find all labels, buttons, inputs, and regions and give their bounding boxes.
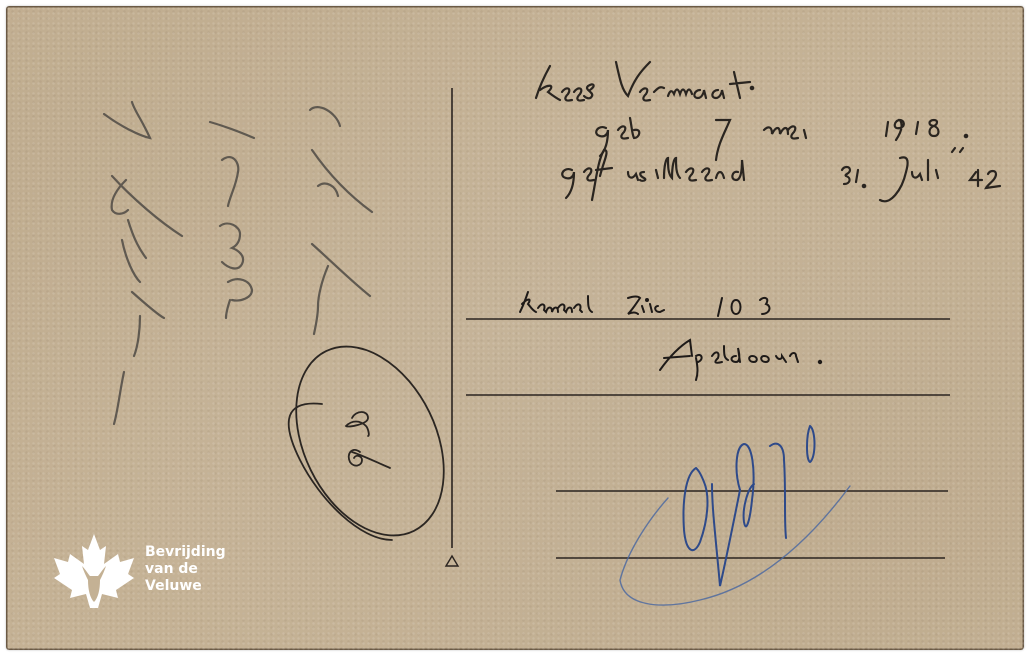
- blue-signature: [620, 426, 850, 605]
- maple-leaf-deer-icon: [52, 532, 136, 610]
- logo-line-3: Veluwe: [145, 578, 226, 595]
- logo-line-2: van de: [145, 561, 226, 578]
- circled-number: [267, 322, 473, 560]
- handwriting-executed: [562, 148, 1000, 201]
- logo-line-1: Bevrijding: [145, 544, 226, 561]
- pencil-notes: [104, 102, 372, 424]
- triangle-marker-icon: [446, 556, 458, 566]
- bevrijding-logo: Bevrijding van de Veluwe: [52, 532, 232, 612]
- handwriting-name: [536, 62, 753, 101]
- handwriting-address: [520, 292, 821, 380]
- logo-text: Bevrijding van de Veluwe: [145, 544, 226, 595]
- handwriting-born: [596, 118, 967, 160]
